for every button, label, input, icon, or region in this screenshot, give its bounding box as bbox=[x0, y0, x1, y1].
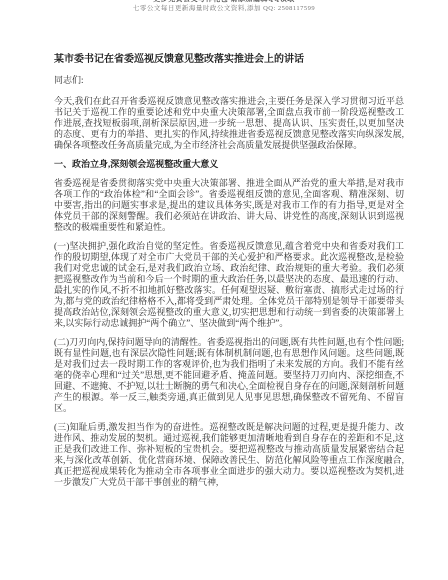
salutation: 同志们: bbox=[54, 75, 404, 86]
section-1-point-3: (三)知耻后勇,激发担当作为的奋进性。巡视整改既是解决问题的过程,更是提升能力、… bbox=[54, 422, 404, 488]
section-1-heading: 一、政治立身,深刻领会巡视整改重大意义 bbox=[54, 159, 404, 170]
promo-header-line-2: 七零公文每日更新海量时政公文资料,添加 QQ: 2508117599 bbox=[0, 4, 448, 14]
document-body: 某市委书记在省委巡视反馈意见整改落实推进会上的讲话 同志们: 今天,我们在此召开… bbox=[54, 54, 404, 496]
promo-header: 更多免费公文写作礼包 请添加编辑QQ领取 七零公文每日更新海量时政公文资料,添加… bbox=[0, 0, 448, 14]
section-1-point-1: (一)坚决拥护,强化政治自觉的坚定性。省委巡视反馈意见,蕴含着党中央和省委对我们… bbox=[54, 241, 404, 329]
document-page: 更多免费公文写作礼包 请添加编辑QQ领取 七零公文每日更新海量时政公文资料,添加… bbox=[0, 0, 448, 580]
paragraph-intro: 今天,我们在此召开省委巡视反馈意见整改落实推进会,主要任务是深入学习贯彻习近平总… bbox=[54, 96, 404, 151]
document-title: 某市委书记在省委巡视反馈意见整改落实推进会上的讲话 bbox=[54, 54, 404, 66]
section-1-point-2: (二)刀刃向内,保持问题导向的清醒性。省委巡视指出的问题,既有共性问题,也有个性… bbox=[54, 337, 404, 414]
section-1-lead-paragraph: 省委巡视是省委贯彻落实党中央重大决策部署、推进全面从严治党的重大举措,是对我市各… bbox=[54, 178, 404, 233]
